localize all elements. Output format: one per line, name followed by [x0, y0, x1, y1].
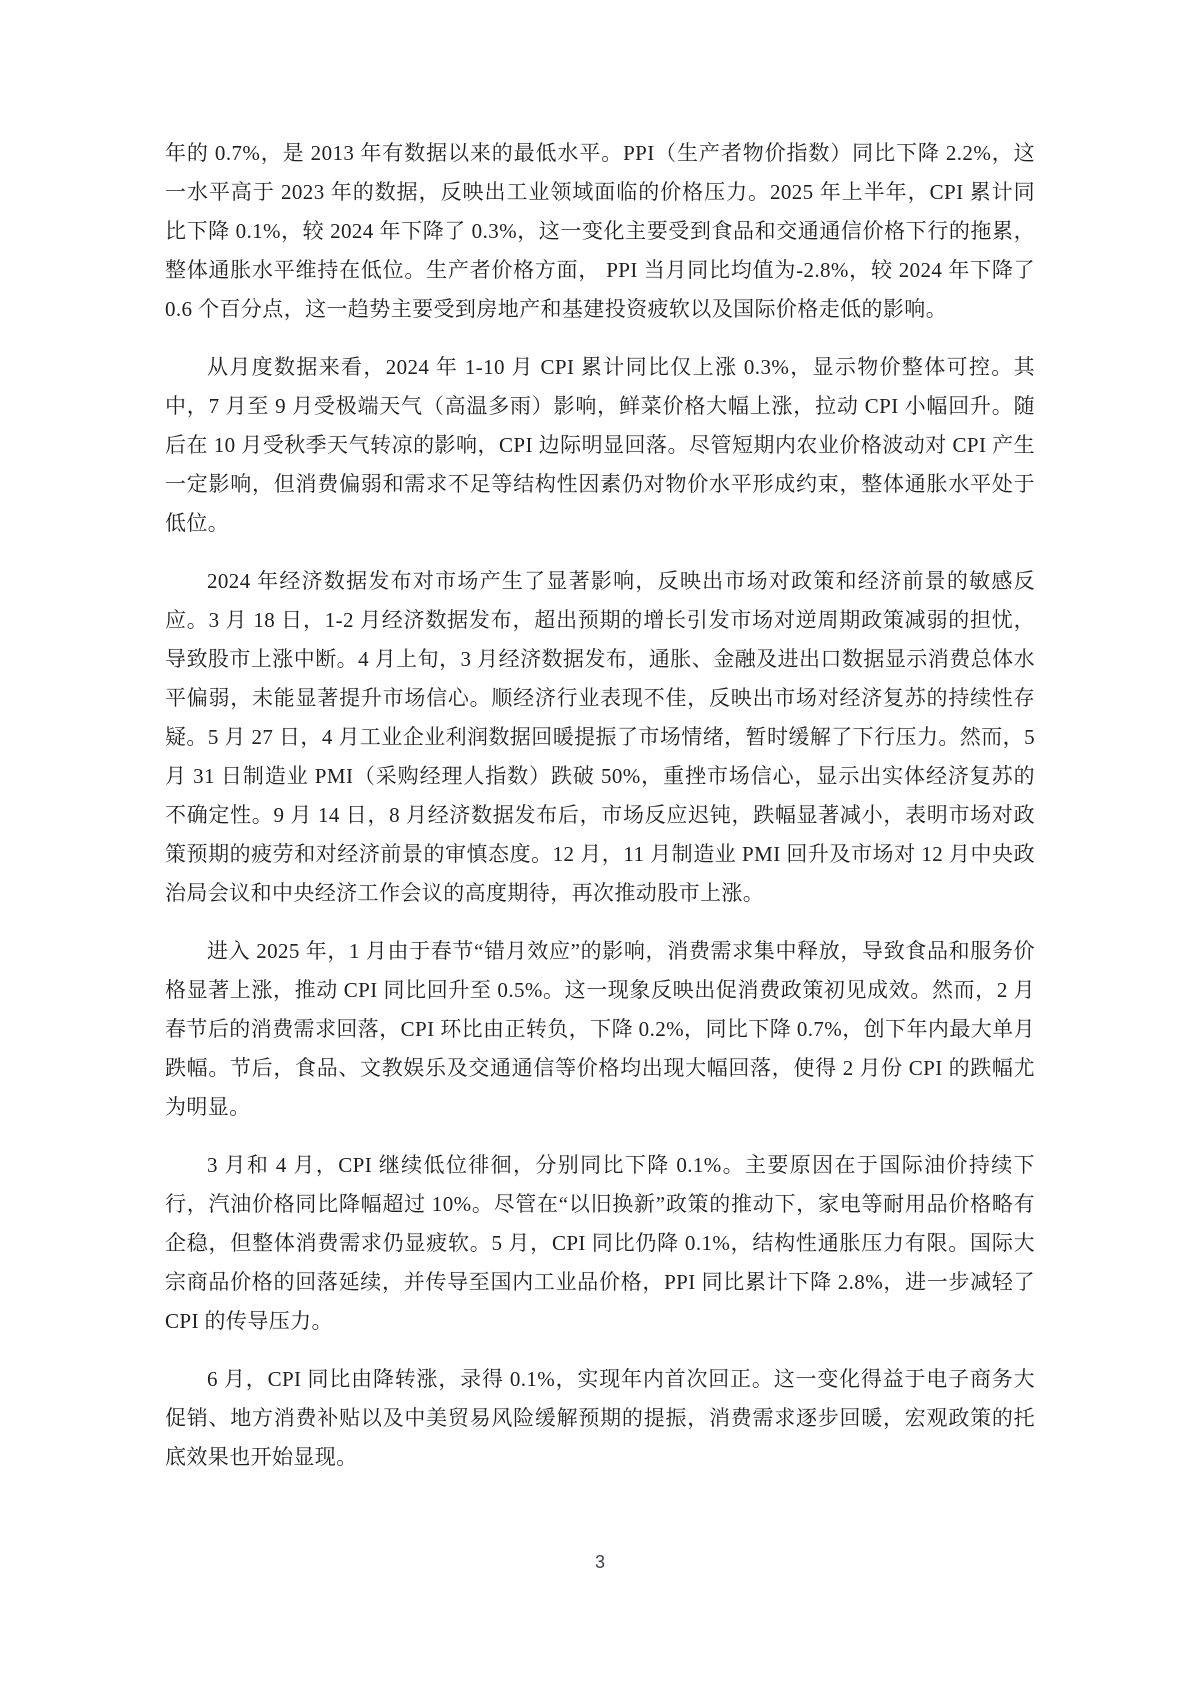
paragraph-2025-spring-festival-effect: 进入 2025 年，1 月由于春节“错月效应”的影响，消费需求集中释放，导致食品…	[165, 932, 1035, 1127]
page-body: 年的 0.7%，是 2013 年有数据以来的最低水平。PPI（生产者物价指数）同…	[165, 134, 1035, 1496]
paragraph-cpi-ppi-overview: 年的 0.7%，是 2013 年有数据以来的最低水平。PPI（生产者物价指数）同…	[165, 134, 1035, 329]
paragraph-market-reaction-2024: 2024 年经济数据发布对市场产生了显著影响，反映出市场对政策和经济前景的敏感反…	[165, 562, 1035, 913]
paragraph-monthly-data-2024: 从月度数据来看，2024 年 1-10 月 CPI 累计同比仅上涨 0.3%，显…	[165, 348, 1035, 543]
paragraph-march-to-may-cpi: 3 月和 4 月，CPI 继续低位徘徊，分别同比下降 0.1%。主要原因在于国际…	[165, 1146, 1035, 1341]
paragraph-june-cpi-rebound: 6 月，CPI 同比由降转涨，录得 0.1%，实现年内首次回正。这一变化得益于电…	[165, 1360, 1035, 1477]
page-number: 3	[0, 1550, 1200, 1574]
document-page: 年的 0.7%，是 2013 年有数据以来的最低水平。PPI（生产者物价指数）同…	[0, 0, 1200, 1698]
